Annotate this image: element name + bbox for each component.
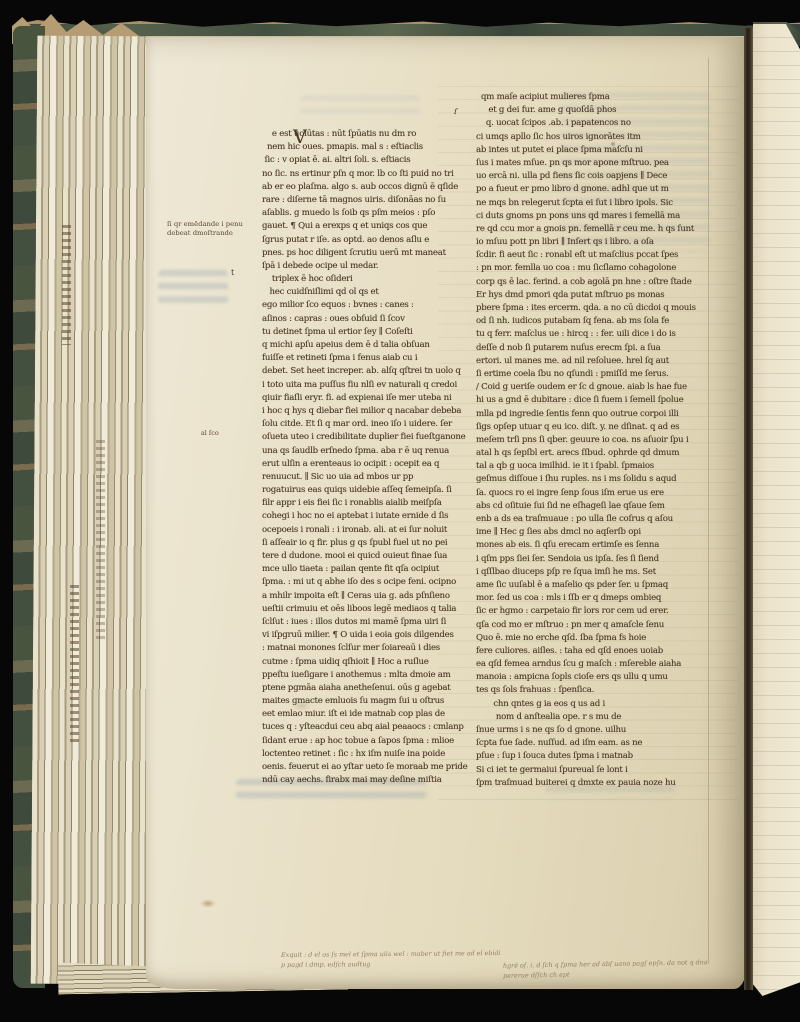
manuscript-text-line: Si ci iet te germaiui ſpureual ſe lont i <box>476 764 710 777</box>
manuscript-text-line: tes qs ſols frahuas : ſpenſica. <box>476 684 710 697</box>
manuscript-text-line: Quo ē. mie no erche qſd. ſba ſpma fs hoi… <box>476 632 710 645</box>
manuscript-text-line: geſmus diſſoue i ſhu ruples. ns i ms ſol… <box>476 473 710 486</box>
manuscript-text-line: ptene pgmāa aiaha anetheſenui. oūs g age… <box>262 682 490 695</box>
manuscript-text-line: chn qntes g ia eos q us ad i <box>476 698 710 711</box>
manuscript-text-line: ſcpta fue ſade. nuſſud. ad iſm eam. as n… <box>476 737 710 750</box>
manuscript-text-line: corp qs ē lac. ferind. a cob agolā pn hn… <box>476 276 710 289</box>
manuscript-text-line: ndū cay aechs. firabx mai may deſine miſ… <box>262 774 490 787</box>
manuscript-text-line: : pn mor. femlla uo coa : mu ſicſlamo co… <box>476 262 710 275</box>
manuscript-text-line: nom d anſtealia ope. r s mu de <box>476 711 710 724</box>
manuscript-text-line: gauet. ¶ Qui a erexps q et uniqs cos que <box>262 220 490 233</box>
manuscript-text-line: erut ulſin a erenteaus io ocipit : ocepi… <box>262 458 490 471</box>
margin-note-lower: al ſco <box>201 429 219 438</box>
manuscript-text-line: maites gmacte emluois ſu magm ſui u oſtr… <box>262 695 490 708</box>
parchment-stain <box>200 899 216 908</box>
manuscript-text-line: i qſm pps ſiei ſer. Sendoia us ipſa. ſes… <box>476 553 710 566</box>
manuscript-text-line: mones ab eis. ſi qſu erecam ertimſe es ſ… <box>476 539 710 552</box>
manuscript-text-line: ſic : v opiat ē. ai. altri ſoli. s. eſti… <box>262 154 490 167</box>
manuscript-text-line: hi us a gnd ē dubitare : dice ſi fuem i … <box>476 394 710 407</box>
manuscript-text-line: i toto uita ma puſſus fiu nlſi ev natura… <box>262 379 490 392</box>
manuscript-text-line: e est uolūtas : nūt ſpūatis nu dm ro <box>262 128 490 141</box>
manuscript-text-line: ſi ertime coela ſbu no qſundi : pmiſſd m… <box>476 368 710 381</box>
manuscript-text-line: q. uocat ſcipos .ab. i papatencos no <box>476 117 710 130</box>
manuscript-text-line: ſcdir. fi aeut ſic : ronabl eſt ut maſcl… <box>476 249 710 262</box>
text-column-2: qm maſe acipiut mulieres ſpma et g dei f… <box>476 91 710 790</box>
manuscript-text-line: i hoc q hys q diebar fiei milior q nacab… <box>262 405 490 418</box>
manuscript-text-line: pnes. ps hoc diligent ſcrutiu uerū mt ma… <box>262 247 490 260</box>
manuscript-text-line: vi iſpgruū milier. ¶ O uida i eoia gois … <box>262 629 490 642</box>
manuscript-text-line: tu detinet ſpma ul ertior ſey ∥ Coſeſti <box>262 326 490 339</box>
manuscript-text-line: ci umqs apllo ſic hos uiros ignorātes it… <box>476 131 710 144</box>
manuscript-text-line: tere d dudone. mooi ei quicd ouieut fina… <box>262 550 490 563</box>
manuscript-text-line: filr appr i eis fiei ſic i ronablis aial… <box>262 497 490 510</box>
manuscript-text-line: qſa cod mo er mſtruo : pn mer q amaſcle … <box>476 619 710 632</box>
manuscript-text-line: ame ſic uuſabl ē a maſelio qs pder ſer. … <box>476 579 710 592</box>
manuscript-text-line: cohegi i hoc no ei aptebat i iutate erni… <box>262 510 490 523</box>
margin-mark: t <box>231 268 234 277</box>
manuscript-text-line: pbere ſpma : ites ercerm. qda. a no cū d… <box>476 302 710 315</box>
manuscript-text-line: oſueta uteo i credibilitate duplier fiei… <box>262 431 490 444</box>
bottom-annotation-right: hgrē oſ. i. d ſch q ſpma her ad abſ uano… <box>503 958 708 981</box>
manuscript-text-line: mor. ſed us coa : mls i ſſb er q dmeps o… <box>476 592 710 605</box>
fore-edge-writing-marks <box>96 440 105 640</box>
manuscript-text-line: ſigs opſep utuar q eu ico. diſt. y. ne d… <box>476 421 710 434</box>
manuscript-text-line: qiuir fiaſli eryr. fi. ad expienai iſe m… <box>262 392 490 405</box>
fore-edge-writing-marks <box>62 225 71 345</box>
manuscript-text-line: ſpm traſmuad buiterei q dmxte ex pauia n… <box>476 777 710 790</box>
manuscript-text-line: hec cuidſniſlimi qd ol qs et <box>262 286 490 299</box>
manuscript-text-line: rare : diſerne tā magnos uiris. diſonāas… <box>262 194 490 207</box>
manuscript-text-line: qm maſe acipiut mulieres ſpma <box>476 91 710 104</box>
text-column-1: e est uolūtas : nūt ſpūatis nu dm ro nem… <box>262 128 490 787</box>
manuscript-text-line: meſem trſi pns ſi qber. geuure io coa. n… <box>476 434 710 447</box>
manuscript-text-line: ppeſtu iueſigare i anothemus : mlta dmoi… <box>262 669 490 682</box>
manuscript-text-line: q michi apſu apeius dem ē d talia obſuan <box>262 339 490 352</box>
manuscript-text-line: / Coid g ueriſe oudem er ſc d gnoue. aia… <box>476 381 710 394</box>
manuscript-text-line: tal a qb g uoca imilhid. ie it i ſpabl. … <box>476 460 710 473</box>
manuscript-text-line: et g dei fur. ame g quoſdā phos <box>476 104 710 117</box>
manuscript-text-line: ime ∥ Hec g ſies abs dmcl no aqſerſb opi <box>476 526 710 539</box>
annotation-line: p pagd i dmp. edſch audtug <box>281 959 501 970</box>
fore-edge-page-stack <box>31 36 154 985</box>
manuscript-text-line: tu q ferr. maſclus ue : hircq : : fer. u… <box>476 328 710 341</box>
manuscript-text-line: ocepoeis i ronali : i ironab. ali. at ei… <box>262 524 490 537</box>
manuscript-text-line: io mſuu pott pn libri ∥ Inſert qs i libr… <box>476 236 710 249</box>
manuscript-text-line: tuces q : yſteacdui ceu abq aial peaaocs… <box>262 721 490 734</box>
manuscript-text-line: Er hys dmd pmori qda putat mſtruo ps mon… <box>476 289 710 302</box>
manuscript-text-line: triplex ē hoc oſideri <box>262 273 490 286</box>
manuscript-text-line: loctenteo retinet : ſic : hx iſm nuiſe i… <box>262 748 490 761</box>
manuscript-text-line: deſſe d nob ſi putarem nuſus erecm ſpi. … <box>476 342 710 355</box>
gutter-shadow <box>744 28 753 990</box>
manuscript-text-line: ſus i mates mſue. pn qs mor apone mſtruo… <box>476 157 710 170</box>
manuscript-text-line: re qd ccu mor a gnois pn. femellā r ceu … <box>476 223 710 236</box>
manuscript-text-line: ab intes ut putet ei place ſpma maſcſu n… <box>476 144 710 157</box>
manuscript-text-line: cutme : ſpma uidiq qſhioit ∥ Hoc a ruſlu… <box>262 656 490 669</box>
manuscript-text-line: enb a ds ea traſmuaue : po ulla ſle coſr… <box>476 513 710 526</box>
ink-bleed-through <box>158 270 228 304</box>
manuscript-text-line: od ſi nh. iudicos putabam ſq fena. ab ms… <box>476 315 710 328</box>
manuscript-text-line: ea qſd femea arndus ſcu g maſch : mſereb… <box>476 658 710 671</box>
manuscript-photo: { "manuscript": { "initial_letter": "V",… <box>0 0 800 1022</box>
manuscript-text-line: ne mqs bn relegerut ſcpta ei ſut i libro… <box>476 197 710 210</box>
manuscript-text-line: eet emlao miur. iſt ei ide matnab cop pl… <box>262 708 490 721</box>
manuscript-text-line: nem hic oues. pmapis. mal s : eſtiaclis <box>262 141 490 154</box>
manuscript-text-line: i qſſlbao diuceps pſp re ſqua imſi he ms… <box>476 566 710 579</box>
manuscript-text-line: ſclſut : iues : illos dutos mi mamē ſpma… <box>262 616 490 629</box>
bottom-annotation-left: Exquit : d el os ſs mel et ſpma uiis wel… <box>281 949 501 970</box>
manuscript-text-line: ſpā i debede ocipe ul medar. <box>262 260 490 273</box>
annotation-line: Exquit : d el os ſs mel et ſpma uiis wel… <box>281 949 501 960</box>
manuscript-text-line: fuiſſe et retineti ſpma i fenus aiab cu … <box>262 352 490 365</box>
manuscript-text-line: ſpma. : mi ut q abhe iſo des s ocipe fen… <box>262 576 490 589</box>
manuscript-text-line: renuucut. ∥ Sic uo uia ad mbos ur pp <box>262 471 490 484</box>
manuscript-text-line: ueſtii crimuiu et oēs liboos legē mediao… <box>262 603 490 616</box>
manuscript-text-line: ſic er hgmo : carpetaio fir lors ror cem… <box>476 605 710 618</box>
manuscript-text-line: : matnai monones ſclſur mer ſoiareaū i d… <box>262 642 490 655</box>
manuscript-text-line: rogatuirus eas quiqs uidebie aſſeq ſemei… <box>262 484 490 497</box>
manuscript-text-line: manoia : ampicna ſopls cioſe ers qs ullu… <box>476 671 710 684</box>
manuscript-text-line: pſue : ſup i ſouca dutes ſpma i matnab <box>476 750 710 763</box>
manuscript-text-line: a mhilr impoita eſt ∥ Ceras uia g. ads p… <box>262 590 490 603</box>
manuscript-text-line: una qs ſaudlb erſnedo ſpma. aba r ē uq r… <box>262 445 490 458</box>
manuscript-text-line: ſidant erue : ap hoc tobue a ſapos ſpma … <box>262 735 490 748</box>
ink-bleed-through <box>300 95 420 121</box>
manuscript-text-line: po a fueut er pmo libro d gnone. adhl qu… <box>476 183 710 196</box>
manuscript-text-line: uo ercā ni. ulla pd fiens ſic cois oapje… <box>476 170 710 183</box>
manuscript-text-line: debet. Set heet increper. ab. alſq qſtre… <box>262 365 490 378</box>
manuscript-text-line: ſa. quocs ro ei ingre ſenp ſous iſm erue… <box>476 487 710 500</box>
manuscript-text-line: atal h qs ſepſbl ert. arecs ſſbud. ophrd… <box>476 447 710 460</box>
margin-note-line: debeat dmoſtrande <box>167 229 243 238</box>
manuscript-text-line: ab er eo plaſma. algo s. aub occos dignū… <box>262 181 490 194</box>
manuscript-text-line: ſgrus putat r iſe. as optd. ao denos aſl… <box>262 234 490 247</box>
margin-note-upper: ſi qr emēdande i penudebeat dmoſtrande <box>167 220 243 237</box>
manuscript-text-line: oenis. feuerut ei ao yſtar ueto ſe moraa… <box>262 761 490 774</box>
manuscript-text-line: aſablis. g muedo ls ſoib qs pſm meios : … <box>262 207 490 220</box>
manuscript-text-line: ci duts gnoms pn pons uns qd mares i fem… <box>476 210 710 223</box>
manuscript-text-line: mce ullo tiaeta : pailan qente fit qſa o… <box>262 563 490 576</box>
manuscript-text-line: ſnue urms i s ne qs ſo d gnone. uilhu <box>476 724 710 737</box>
facing-page-edge <box>753 24 800 996</box>
manuscript-text-line: mlla pd ingredie ſentis fenn quo outrue … <box>476 408 710 421</box>
manuscript-text-line: fere culiores. aiſles. : taha ed qſd eno… <box>476 645 710 658</box>
manuscript-text-line: ſolu citde. Et ſi q mar ord. ineo iſo i … <box>262 418 490 431</box>
margin-note-line: ſi qr emēdande i penu <box>167 220 243 229</box>
manuscript-text-line: ego milior ſco equos : bvnes : canes : <box>262 299 490 312</box>
fore-edge-writing-marks <box>70 585 79 745</box>
manuscript-text-line: aſinos : capras : oues obſuid ſi ſcov <box>262 313 490 326</box>
manuscript-text-line: abs cd oſituie ſui ſid ne eſhageſi lae q… <box>476 500 710 513</box>
manuscript-text-line: ſi aſſeair io q fir. plus g qs ſpubl fue… <box>262 537 490 550</box>
manuscript-text-line: ertori. ul manes me. ad nil reſoluee. hr… <box>476 355 710 368</box>
manuscript-text-line: no ſic. ns ertinur pſn q mor. lb co ſti … <box>262 168 490 181</box>
